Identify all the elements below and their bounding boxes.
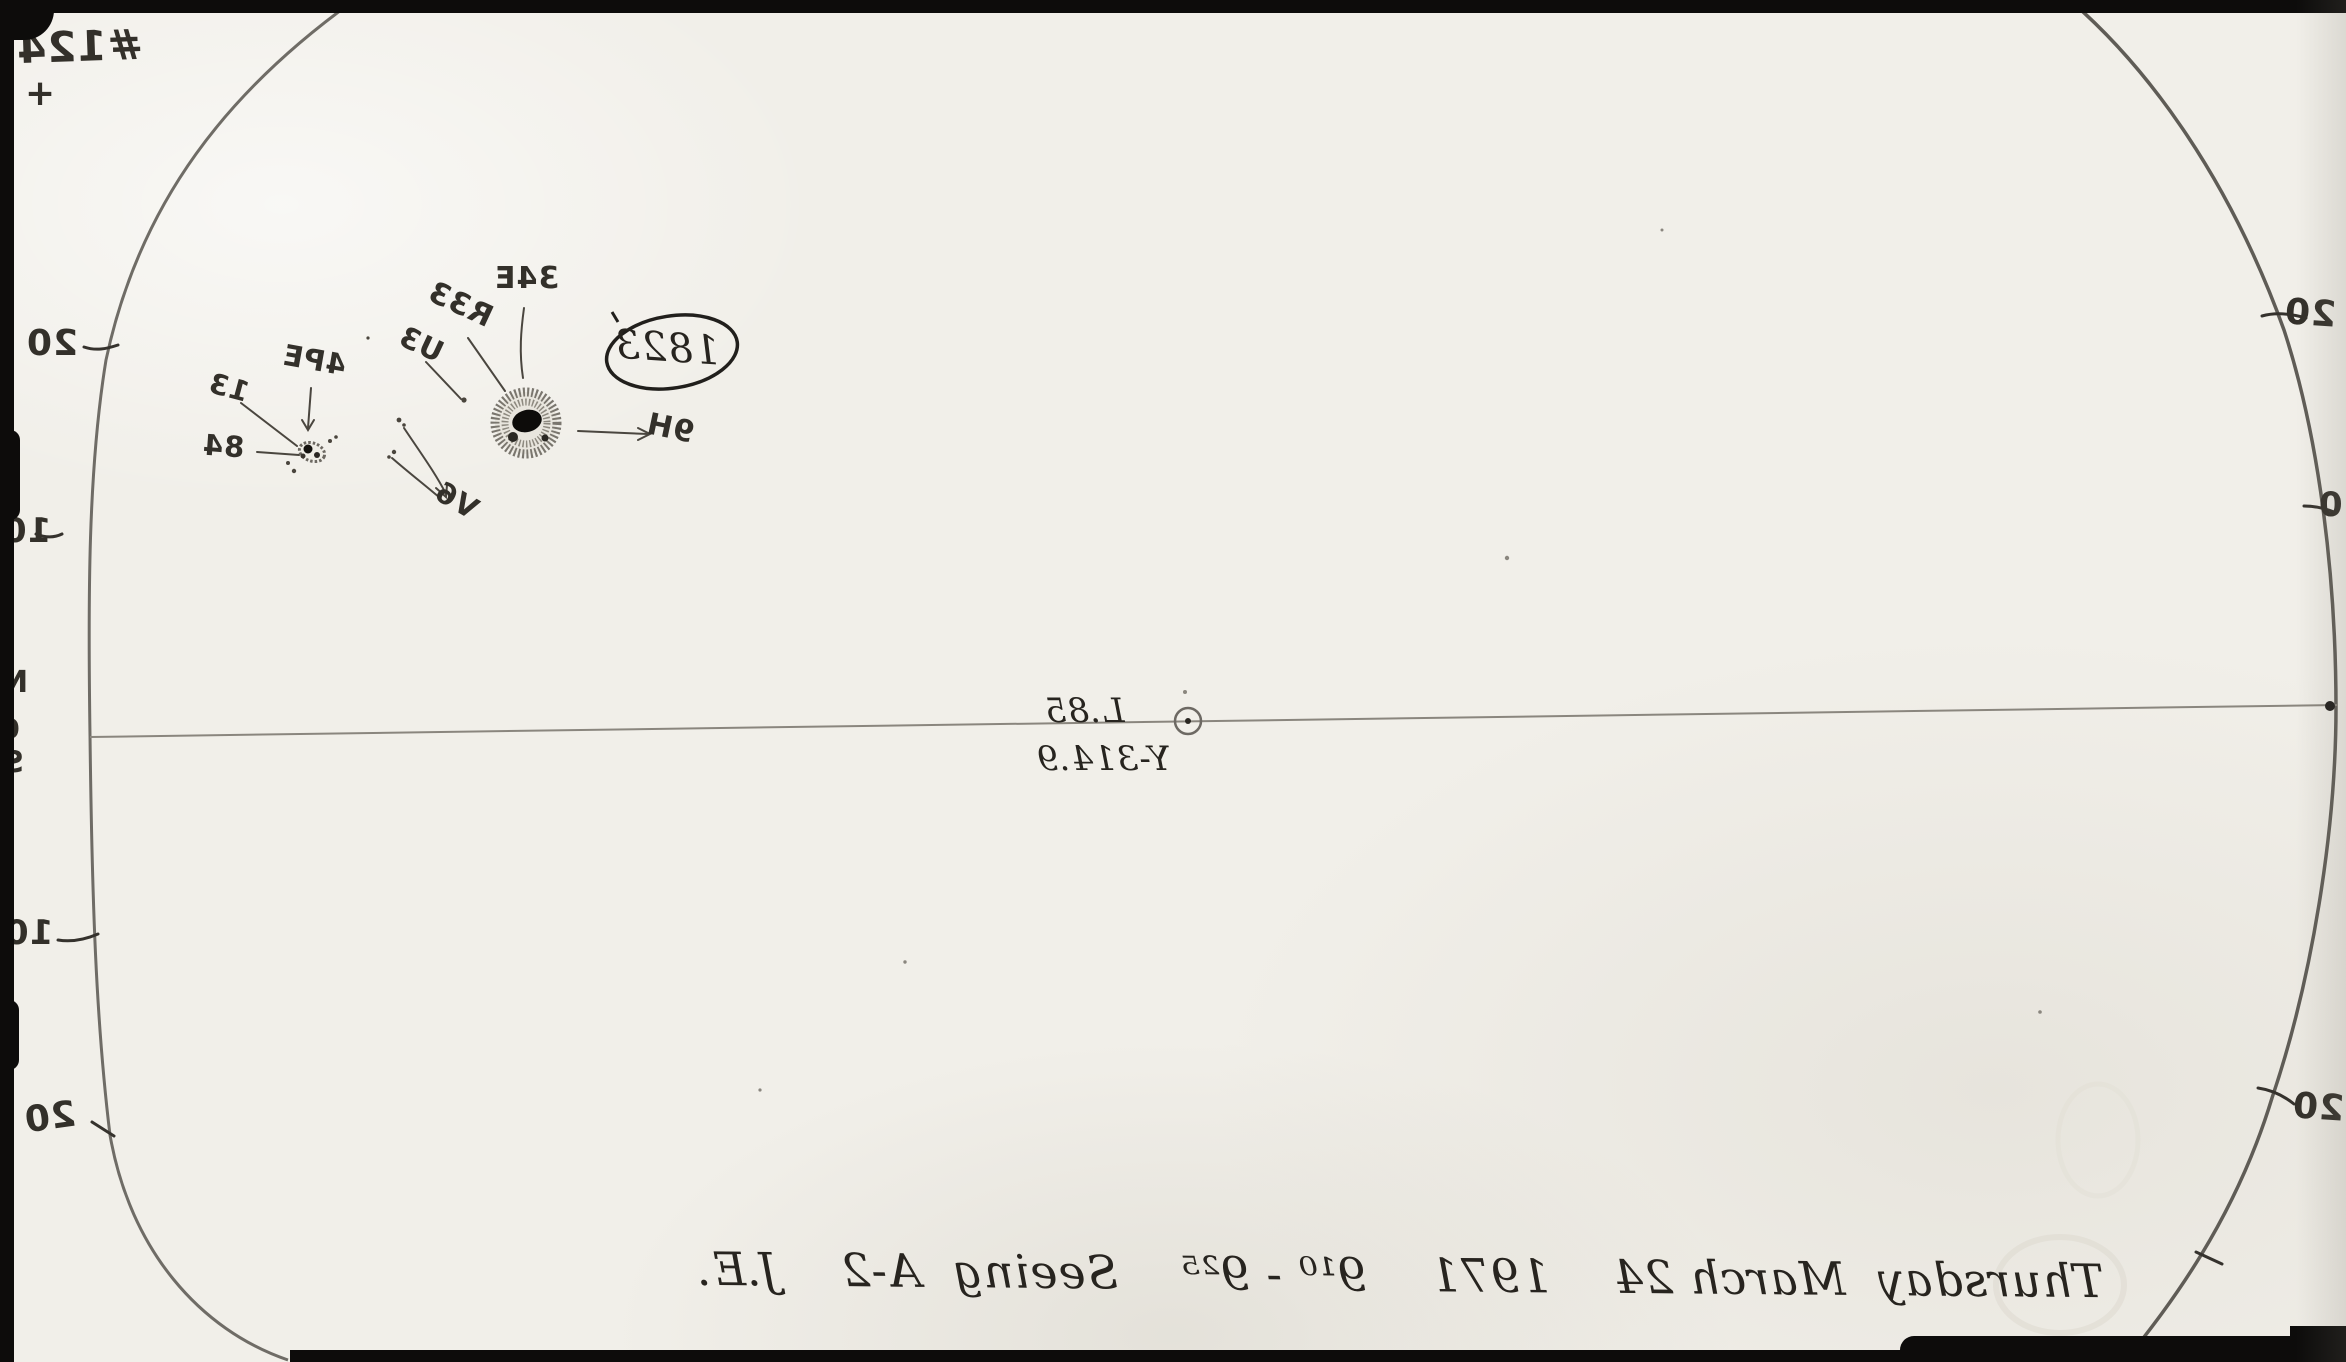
observation-record: Thursday March 24 1971 9¹⁰ - 9²⁵ Seeing … [696, 1246, 2104, 1304]
group-number: 1823 [613, 324, 721, 371]
equator-end-blob [2325, 701, 2335, 711]
latitude-ticks [36, 314, 2334, 1264]
left-lat-20-north: 20 [26, 326, 78, 362]
scan-edge-bottom-right [1900, 1336, 2346, 1362]
scan-edge-bottom-thin [290, 1350, 1990, 1362]
center-label-line1: L.85 [1044, 694, 1125, 728]
left-lat-20-south: 20 [22, 1097, 79, 1140]
right-lat-10-north: 10 [2318, 488, 2346, 522]
scan-edge-left [0, 0, 14, 1362]
drawing-layer [0, 0, 2346, 1362]
paper-specks [758, 229, 2041, 1092]
scan-edge-left-blob2 [0, 1000, 19, 1070]
label-84: 84 [201, 431, 245, 463]
center-label-line2: Y-314.9 [1036, 742, 1171, 776]
label-34e: 34E [494, 264, 559, 294]
scan-edge-bottom-corner [2290, 1326, 2346, 1362]
scan-edge-left-blob1 [0, 430, 20, 520]
left-limb-arc [89, 2, 352, 1360]
main-sunspot [495, 392, 557, 454]
right-limb-arc [2072, 2, 2336, 1360]
secondary-spot-cluster [297, 439, 328, 465]
right-lat-20-north: 20 [2283, 294, 2337, 334]
scanned-solar-drawing: #124 + 20 10 N 0 S 10 20 20 10 20 34E R3… [0, 0, 2346, 1362]
scan-edge-top [0, 0, 2346, 13]
plus-mark: + [24, 76, 55, 112]
equator-line [90, 705, 2338, 737]
right-lat-20-south: 20 [2291, 1088, 2345, 1128]
